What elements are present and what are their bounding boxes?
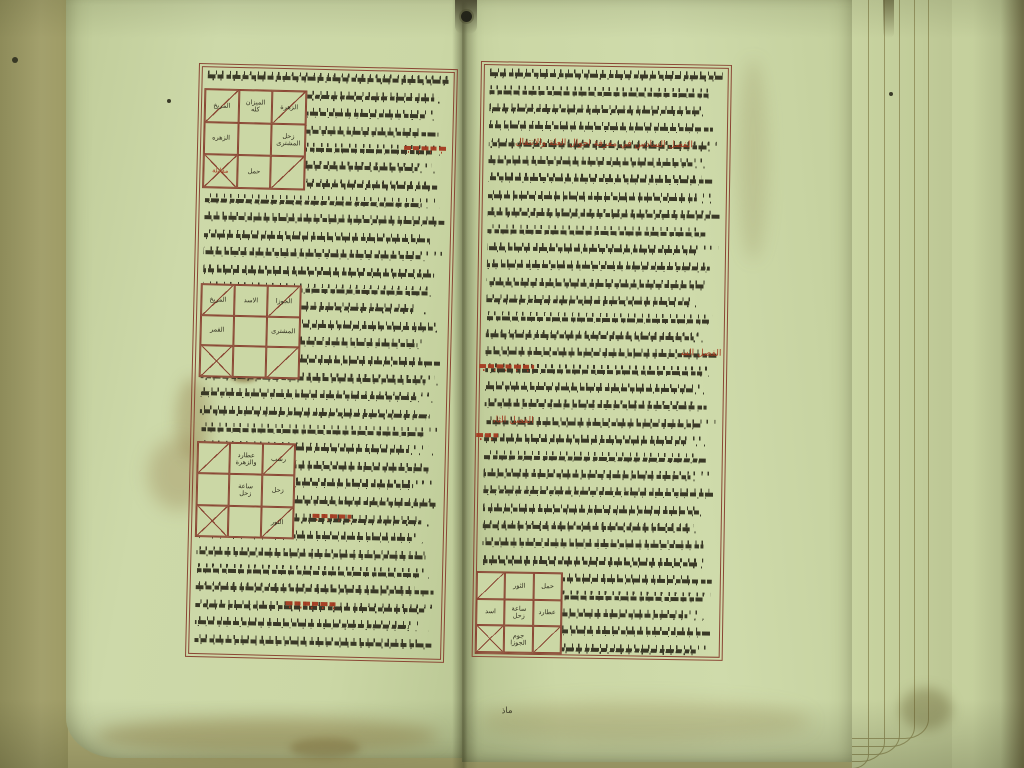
left-cover-edge <box>0 0 68 768</box>
grid-cell: القمر <box>200 315 234 346</box>
grid-cell-label: المريخ <box>209 296 226 303</box>
grid-cell-label: رسب <box>271 456 286 463</box>
grid-cell-label: الزهره <box>212 135 230 142</box>
page-edges <box>852 0 952 768</box>
diagonal-line <box>267 348 299 377</box>
text-line <box>484 433 714 447</box>
diagonal-line <box>197 506 228 536</box>
red-ink-segment <box>476 432 499 441</box>
text-line <box>483 485 716 499</box>
red-ink-segment <box>480 362 535 372</box>
grid-cell <box>196 505 229 537</box>
grid-cell: اسد <box>476 599 505 626</box>
astrology-grid-1: الزهرةالميزان كلهالمريخزحل المشترىالزهره… <box>202 88 307 190</box>
grid-cell-label: المشترى <box>271 328 295 336</box>
text-line <box>208 70 449 86</box>
grid-cell-label: اسد <box>485 609 496 616</box>
grid-cell <box>532 626 561 653</box>
astrology-grid-3: رسبعطارد والزهرةزحلساعة زحلالثور <box>195 441 296 539</box>
diagonal-line <box>198 443 229 473</box>
grid-cell: جوم الجوزا <box>504 626 533 653</box>
text-line <box>483 468 711 482</box>
text-line <box>489 86 719 100</box>
open-manuscript-photo: الزهرةالميزان كلهالمريخزحل المشترىالزهره… <box>0 0 1024 768</box>
chapter-heading-red: الفصل الثامن <box>494 415 534 428</box>
text-line <box>490 68 723 82</box>
grid-cell-label: الجوزا <box>276 298 292 305</box>
text-line <box>196 581 434 597</box>
text-line <box>200 405 436 421</box>
grid-cell <box>476 625 505 652</box>
diagonal-line <box>533 627 560 652</box>
grid-cell <box>270 156 304 189</box>
grid-cell-label: الميزان كله <box>240 99 270 114</box>
grid-cell <box>197 473 230 505</box>
grid-cell-label: ساعة زحل <box>507 605 532 619</box>
grid-cell-label: المريخ <box>213 102 230 109</box>
grid-cell: رسب <box>262 444 295 476</box>
grid-cell-label: الاسد <box>244 297 259 304</box>
grid-cell: مقابلة <box>203 154 237 187</box>
ink-speck <box>889 92 893 96</box>
grid-cell: زحل <box>261 475 294 507</box>
text-line <box>204 211 445 227</box>
grid-cell <box>197 442 230 474</box>
text-line <box>487 259 715 273</box>
diagonal-line <box>271 157 303 188</box>
text-line <box>203 246 443 262</box>
grid-cell <box>233 316 267 347</box>
grid-cell-label: عطارد <box>539 609 556 616</box>
text-line <box>486 311 718 325</box>
grid-cell: حمل <box>533 573 562 600</box>
grid-cell <box>233 346 267 377</box>
grid-cell: ساعة زحل <box>229 474 262 506</box>
grid-cell-label: جوم الجوزا <box>506 632 531 646</box>
text-line <box>487 242 719 256</box>
text-line <box>488 207 721 221</box>
catchword: ماذ <box>492 705 522 716</box>
grid-cell: المريخ <box>205 89 239 122</box>
text-line <box>483 520 715 534</box>
grid-cell: المشترى <box>266 316 300 347</box>
grid-cell-label: مقابلة <box>212 167 228 174</box>
text-line <box>199 423 440 439</box>
text-line <box>200 387 440 403</box>
astrology-grid-2: الجوزاالاسدالمريخالمشترىالقمر <box>199 283 302 379</box>
text-line <box>486 329 714 343</box>
diagonal-line <box>477 626 504 651</box>
text-line <box>489 103 721 117</box>
grid-cell: الثور <box>505 572 534 599</box>
diagonal-line <box>201 346 233 375</box>
text-line <box>196 546 432 562</box>
grid-cell-label: ساعة زحل <box>231 483 260 498</box>
grid-cell: الاسد <box>234 285 268 316</box>
grid-cell: الجوزا <box>267 286 301 317</box>
page-separation-shadow <box>883 0 894 38</box>
text-line <box>486 294 716 308</box>
chapter-heading-red: الفصل السادس في معرفة احوال العلة والانت… <box>506 137 703 152</box>
grid-cell-label: الثور <box>513 582 525 589</box>
text-line <box>195 616 431 632</box>
text-line <box>489 120 717 134</box>
grid-cell: الزهره <box>204 122 238 155</box>
text-line <box>485 398 713 412</box>
diagonal-line <box>478 573 505 598</box>
text-line <box>482 555 715 569</box>
grid-cell-label: زحل المشترى <box>273 133 303 148</box>
leaf-edge <box>852 0 929 739</box>
text-line <box>488 172 720 186</box>
grid-cell-label: القمر <box>210 327 225 334</box>
text-line <box>205 194 441 210</box>
grid-cell <box>200 345 234 376</box>
grid-cell: زحل المشترى <box>271 123 305 156</box>
binding-hole <box>461 11 472 22</box>
red-ink-segment <box>404 144 448 154</box>
grid-cell-label: الزهرة <box>280 104 298 111</box>
grid-cell: ساعة زحل <box>504 599 533 626</box>
grid-cell-label: حمل <box>248 168 261 175</box>
grid-cell: المريخ <box>201 284 235 315</box>
chapter-heading-red: الفصل السابع <box>681 348 721 361</box>
text-line <box>482 537 710 551</box>
red-ink-segment <box>285 600 337 610</box>
right-text-frame: الفصل السادس في معرفة احوال العلة والانت… <box>472 61 732 661</box>
grid-cell: عطارد <box>533 600 562 627</box>
text-line <box>196 563 437 579</box>
grid-cell-label: الثور <box>271 519 283 526</box>
text-line <box>194 634 435 650</box>
ink-speck <box>167 99 171 103</box>
grid-cell: عطارد والزهرة <box>230 443 263 475</box>
grid-cell-label: حمل <box>541 583 554 590</box>
astrology-grid-4: حملالثورعطاردساعة زحلاسدجوم الجوزا <box>475 571 563 654</box>
red-ink-segment <box>313 512 352 522</box>
diagonal-line <box>197 506 228 536</box>
grid-cell-label: زحل <box>272 487 284 494</box>
grid-cell <box>477 572 506 599</box>
text-line <box>204 229 442 245</box>
text-line <box>488 155 718 169</box>
text-line <box>488 190 716 204</box>
grid-cell <box>266 347 300 378</box>
grid-cell: حمل <box>237 155 271 188</box>
grid-cell-label: عطارد والزهرة <box>232 452 261 467</box>
text-line <box>483 503 713 517</box>
grid-cell <box>238 123 272 156</box>
grid-cell <box>228 505 261 537</box>
text-line <box>484 450 716 464</box>
grid-cell: الزهرة <box>272 91 306 124</box>
left-text-frame: الزهرةالميزان كلهالمريخزحل المشترىالزهره… <box>185 63 458 663</box>
grid-cell: الميزان كله <box>238 90 272 123</box>
text-line <box>487 225 717 239</box>
ink-speck <box>12 57 18 63</box>
diagonal-line <box>477 626 504 651</box>
text-line <box>486 277 719 291</box>
text-line <box>203 264 439 280</box>
diagonal-line <box>201 346 233 375</box>
back-cover-page <box>946 0 1024 768</box>
text-line <box>485 381 717 395</box>
grid-cell: الثور <box>261 506 294 538</box>
